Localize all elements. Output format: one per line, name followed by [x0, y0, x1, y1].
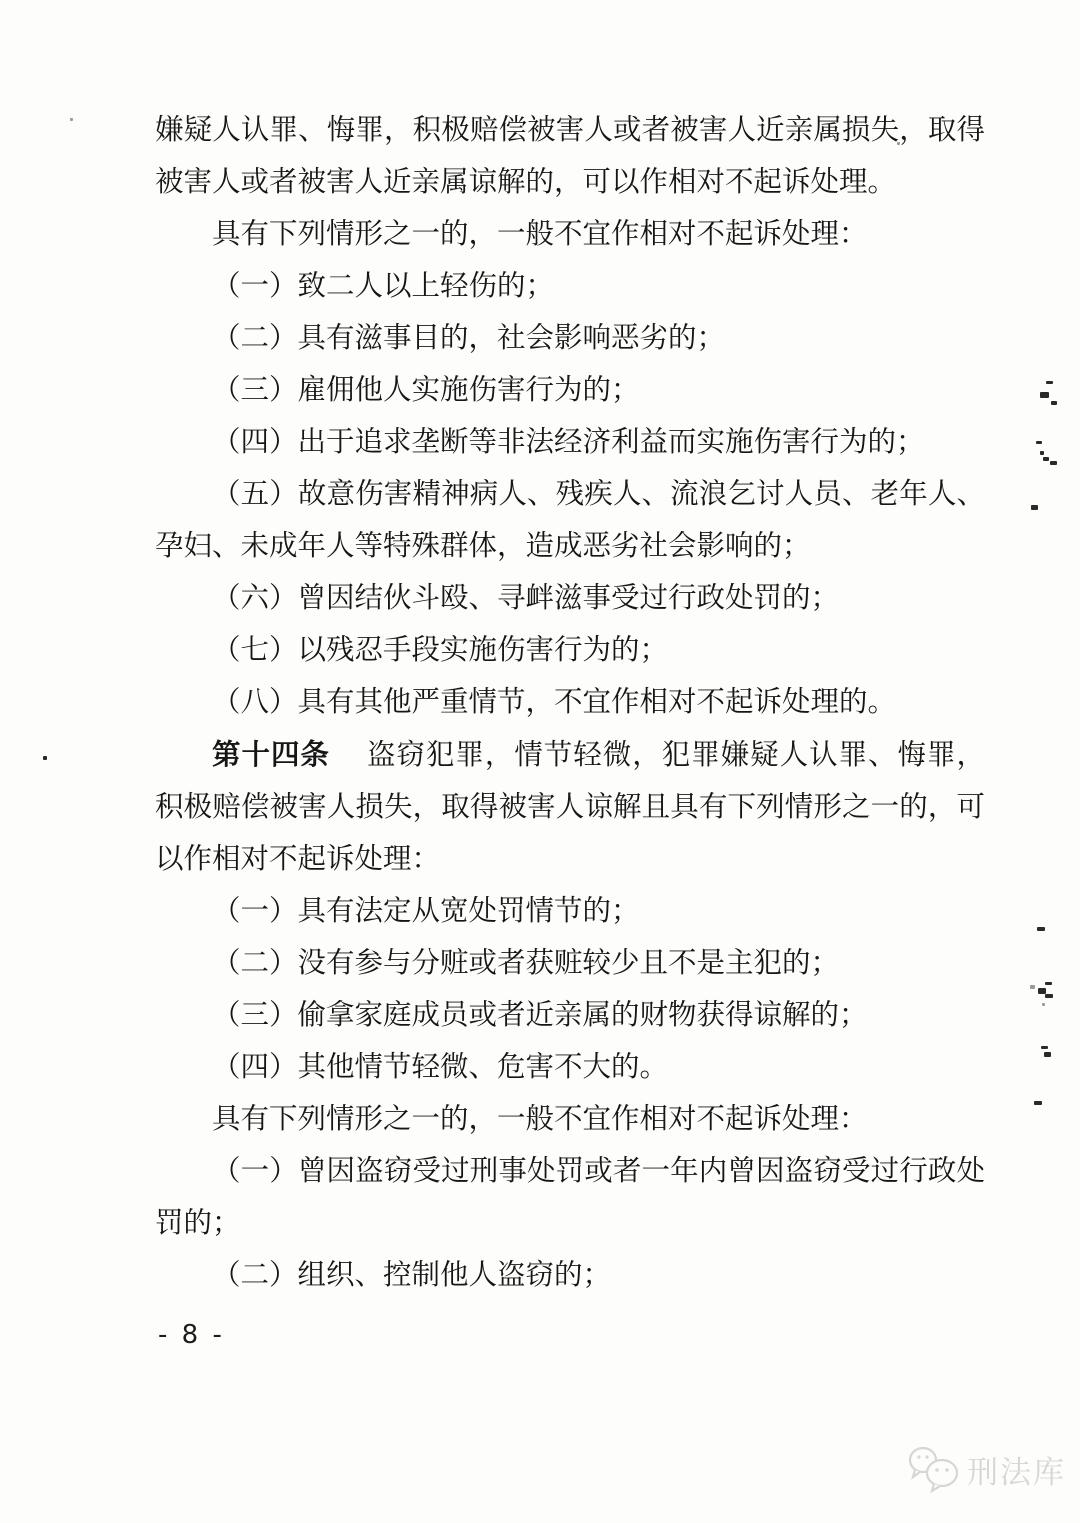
article-number-bold: 第十四条 [212, 737, 330, 771]
scan-speck [1034, 1101, 1042, 1105]
paragraph: 嫌疑人认罪、悔罪，积极赔偿被害人或者被害人近亲属损失，取得被害人或者被害人近亲属… [155, 104, 985, 208]
paragraph-text: （二）组织、控制他人盗窃的； [212, 1258, 611, 1291]
scan-speck [1037, 927, 1045, 931]
paragraph-text: （二）没有参与分赃或者获赃较少且不是主犯的； [212, 946, 839, 979]
paragraph-text: （五）故意伤害精神病人、残疾人、流浪乞讨人员、老年人、孕妇、未成年人等特殊群体，… [155, 477, 985, 562]
paragraph: （八）具有其他严重情节，不宜作相对不起诉处理的。 [155, 676, 985, 728]
paragraph-text: （二）具有滋事目的，社会影响恶劣的； [212, 321, 725, 354]
paragraph-text: （七）以残忍手段实施伤害行为的； [212, 633, 668, 666]
paragraph-text: （一）具有法定从宽处罚情节的； [212, 894, 640, 927]
page-number: - 8 - [158, 1320, 225, 1350]
paragraph-text: （一）致二人以上轻伤的； [212, 269, 554, 302]
scan-speck [1040, 451, 1044, 455]
paragraph: （五）故意伤害精神病人、残疾人、流浪乞讨人员、老年人、孕妇、未成年人等特殊群体，… [155, 468, 985, 572]
paragraph: 具有下列情形之一的，一般不宜作相对不起诉处理： [155, 208, 985, 260]
paragraph: （二）组织、控制他人盗窃的； [155, 1249, 985, 1301]
scan-speck [70, 118, 73, 121]
paragraph-text: 嫌疑人认罪、悔罪，积极赔偿被害人或者被害人近亲属损失，取得被害人或者被害人近亲属… [155, 113, 985, 198]
scan-speck [1044, 1052, 1051, 1057]
paragraph: 第十四条盗窃犯罪，情节轻微，犯罪嫌疑人认罪、悔罪，积极赔偿被害人损失，取得被害人… [155, 728, 985, 885]
scan-speck [43, 756, 47, 760]
paragraph: （一）曾因盗窃受过刑事处罚或者一年内曾因盗窃受过行政处罚的； [155, 1145, 985, 1249]
scan-speck [1050, 461, 1057, 465]
paragraph: （六）曾因结伙斗殴、寻衅滋事受过行政处罚的； [155, 572, 985, 624]
scan-speck [1036, 441, 1042, 444]
paragraph-text: （四）其他情节轻微、危害不大的。 [212, 1050, 668, 1083]
scan-speck [1043, 457, 1049, 461]
paragraph-text: （一）曾因盗窃受过刑事处罚或者一年内曾因盗窃受过行政处罚的； [155, 1154, 985, 1239]
paragraph-text: （三）雇佣他人实施伤害行为的； [212, 373, 640, 406]
scanned-document-page: 嫌疑人认罪、悔罪，积极赔偿被害人或者被害人近亲属损失，取得被害人或者被害人近亲属… [0, 0, 1080, 1523]
paragraph-text: （三）偷拿家庭成员或者近亲属的财物获得谅解的； [212, 998, 868, 1031]
scan-speck [1041, 1046, 1048, 1049]
paragraph: （三）偷拿家庭成员或者近亲属的财物获得谅解的； [155, 989, 985, 1041]
paragraph-text: （四）出于追求垄断等非法经济利益而实施伤害行为的； [212, 425, 925, 458]
paragraph: （一）具有法定从宽处罚情节的； [155, 885, 985, 937]
paragraph: （四）其他情节轻微、危害不大的。 [155, 1041, 985, 1093]
scan-speck [1045, 994, 1053, 998]
scan-speck [897, 142, 900, 145]
paragraph-text: （八）具有其他严重情节，不宜作相对不起诉处理的。 [212, 685, 896, 718]
paragraph: 具有下列情形之一的，一般不宜作相对不起诉处理： [155, 1093, 985, 1145]
watermark: 刑法库 [906, 1444, 1066, 1494]
scan-speck [1030, 985, 1035, 989]
paragraph-text: 具有下列情形之一的，一般不宜作相对不起诉处理： [212, 1102, 868, 1135]
scan-speck [1042, 1003, 1045, 1006]
scan-speck [1046, 381, 1053, 384]
scan-speck [1051, 401, 1057, 405]
paragraph: （三）雇佣他人实施伤害行为的； [155, 364, 985, 416]
watermark-brand-text: 刑法库 [967, 1447, 1066, 1492]
paragraph: （四）出于追求垄断等非法经济利益而实施伤害行为的； [155, 416, 985, 468]
scan-speck [1040, 392, 1049, 398]
paragraph-text: 具有下列情形之一的，一般不宜作相对不起诉处理： [212, 217, 868, 250]
document-text-body: 嫌疑人认罪、悔罪，积极赔偿被害人或者被害人近亲属损失，取得被害人或者被害人近亲属… [155, 104, 985, 1301]
scan-speck [818, 230, 821, 233]
paragraph: （七）以残忍手段实施伤害行为的； [155, 624, 985, 676]
wechat-chat-bubbles-icon [906, 1444, 960, 1494]
paragraph-text: （六）曾因结伙斗殴、寻衅滋事受过行政处罚的； [212, 581, 839, 614]
paragraph: （二）没有参与分赃或者获赃较少且不是主犯的； [155, 937, 985, 989]
paragraph: （二）具有滋事目的，社会影响恶劣的； [155, 312, 985, 364]
scan-speck [1045, 982, 1052, 985]
scan-speck [1031, 505, 1038, 510]
paragraph: （一）致二人以上轻伤的； [155, 260, 985, 312]
